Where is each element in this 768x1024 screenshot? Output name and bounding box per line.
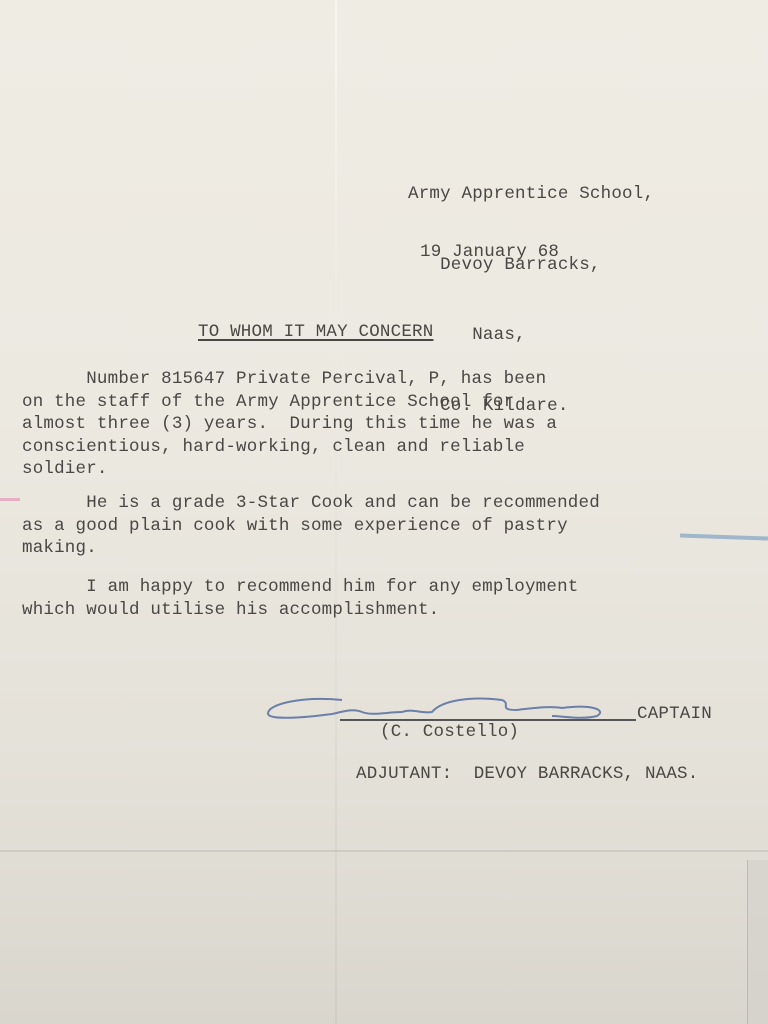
- paper-fold-horizontal: [0, 850, 768, 852]
- signatory-rank: CAPTAIN: [637, 704, 712, 724]
- pink-mark: [0, 498, 20, 501]
- signatory-title: ADJUTANT: DEVOY BARRACKS, NAAS.: [356, 764, 698, 784]
- address-line: Army Apprentice School,: [408, 183, 654, 207]
- paper-tear: [747, 860, 768, 1024]
- paragraph-2: He is a grade 3-Star Cook and can be rec…: [22, 492, 600, 560]
- address-line: Naas,: [408, 324, 654, 348]
- paragraph-1: Number 815647 Private Percival, P, has b…: [22, 368, 557, 481]
- letter-heading: TO WHOM IT MAY CONCERN: [198, 322, 433, 342]
- signature-line: [340, 719, 636, 721]
- pen-mark: [680, 533, 768, 540]
- paragraph-3: I am happy to recommend him for any empl…: [22, 576, 579, 621]
- letter-date: 19 January 68: [420, 242, 559, 262]
- signatory-name: (C. Costello): [380, 722, 519, 742]
- handwritten-signature: [262, 690, 612, 726]
